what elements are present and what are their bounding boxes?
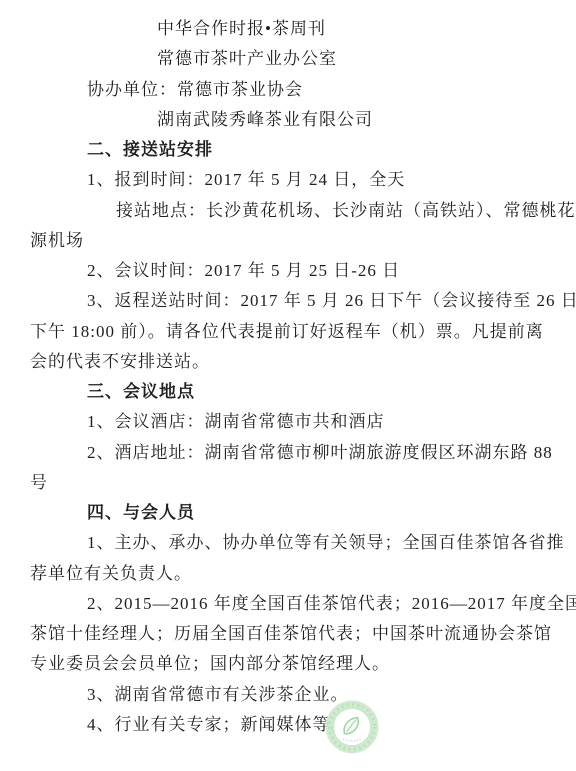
text-line: 3、返程送站时间：2017 年 5 月 26 日下午（会议接待至 26 日 bbox=[30, 286, 547, 316]
section-heading: 三、会议地点 bbox=[30, 377, 547, 407]
text-line: 2、会议时间：2017 年 5 月 25 日-26 日 bbox=[30, 256, 547, 286]
text-line: 1、报到时间：2017 年 5 月 24 日，全天 bbox=[30, 165, 547, 195]
text-line: 2、2015—2016 年度全国百佳茶馆代表；2016—2017 年度全国 bbox=[30, 589, 547, 619]
text-line: 专业委员会会员单位；国内部分茶馆经理人。 bbox=[30, 649, 547, 679]
section-heading: 二、接送站安排 bbox=[30, 135, 547, 165]
document-body: 中华合作时报•茶周刊常德市茶叶产业办公室协办单位：常德市茶业协会湖南武陵秀峰茶业… bbox=[30, 14, 547, 740]
text-line: 协办单位：常德市茶业协会 bbox=[30, 75, 547, 105]
text-line: 荐单位有关负责人。 bbox=[30, 559, 547, 589]
text-line: 3、湖南省常德市有关涉茶企业。 bbox=[30, 680, 547, 710]
text-line: 接站地点：长沙黄花机场、长沙南站（高铁站）、常德桃花 bbox=[30, 196, 547, 226]
text-line: 湖南武陵秀峰茶业有限公司 bbox=[30, 105, 547, 135]
text-line: 1、会议酒店：湖南省常德市共和酒店 bbox=[30, 407, 547, 437]
text-line: 1、主办、承办、协办单位等有关领导；全国百佳茶馆各省推 bbox=[30, 528, 547, 558]
text-line: 2、酒店地址：湖南省常德市柳叶湖旅游度假区环湖东路 88 bbox=[30, 438, 547, 468]
section-heading: 四、与会人员 bbox=[30, 498, 547, 528]
text-line: 会的代表不安排送站。 bbox=[30, 347, 547, 377]
text-line: 中华合作时报•茶周刊 bbox=[30, 14, 547, 44]
text-line: 茶馆十佳经理人；历届全国百佳茶馆代表；中国茶叶流通协会茶馆 bbox=[30, 619, 547, 649]
text-line: 4、行业有关专家；新闻媒体等。 bbox=[30, 710, 547, 740]
document-page: 中华合作时报•茶周刊常德市茶叶产业办公室协办单位：常德市茶业协会湖南武陵秀峰茶业… bbox=[0, 0, 576, 771]
text-line: 下午 18:00 前）。请各位代表提前订好返程车（机）票。凡提前离 bbox=[30, 317, 547, 347]
text-line: 常德市茶叶产业办公室 bbox=[30, 44, 547, 74]
text-line: 源机场 bbox=[30, 226, 547, 256]
text-line: 号 bbox=[30, 468, 547, 498]
